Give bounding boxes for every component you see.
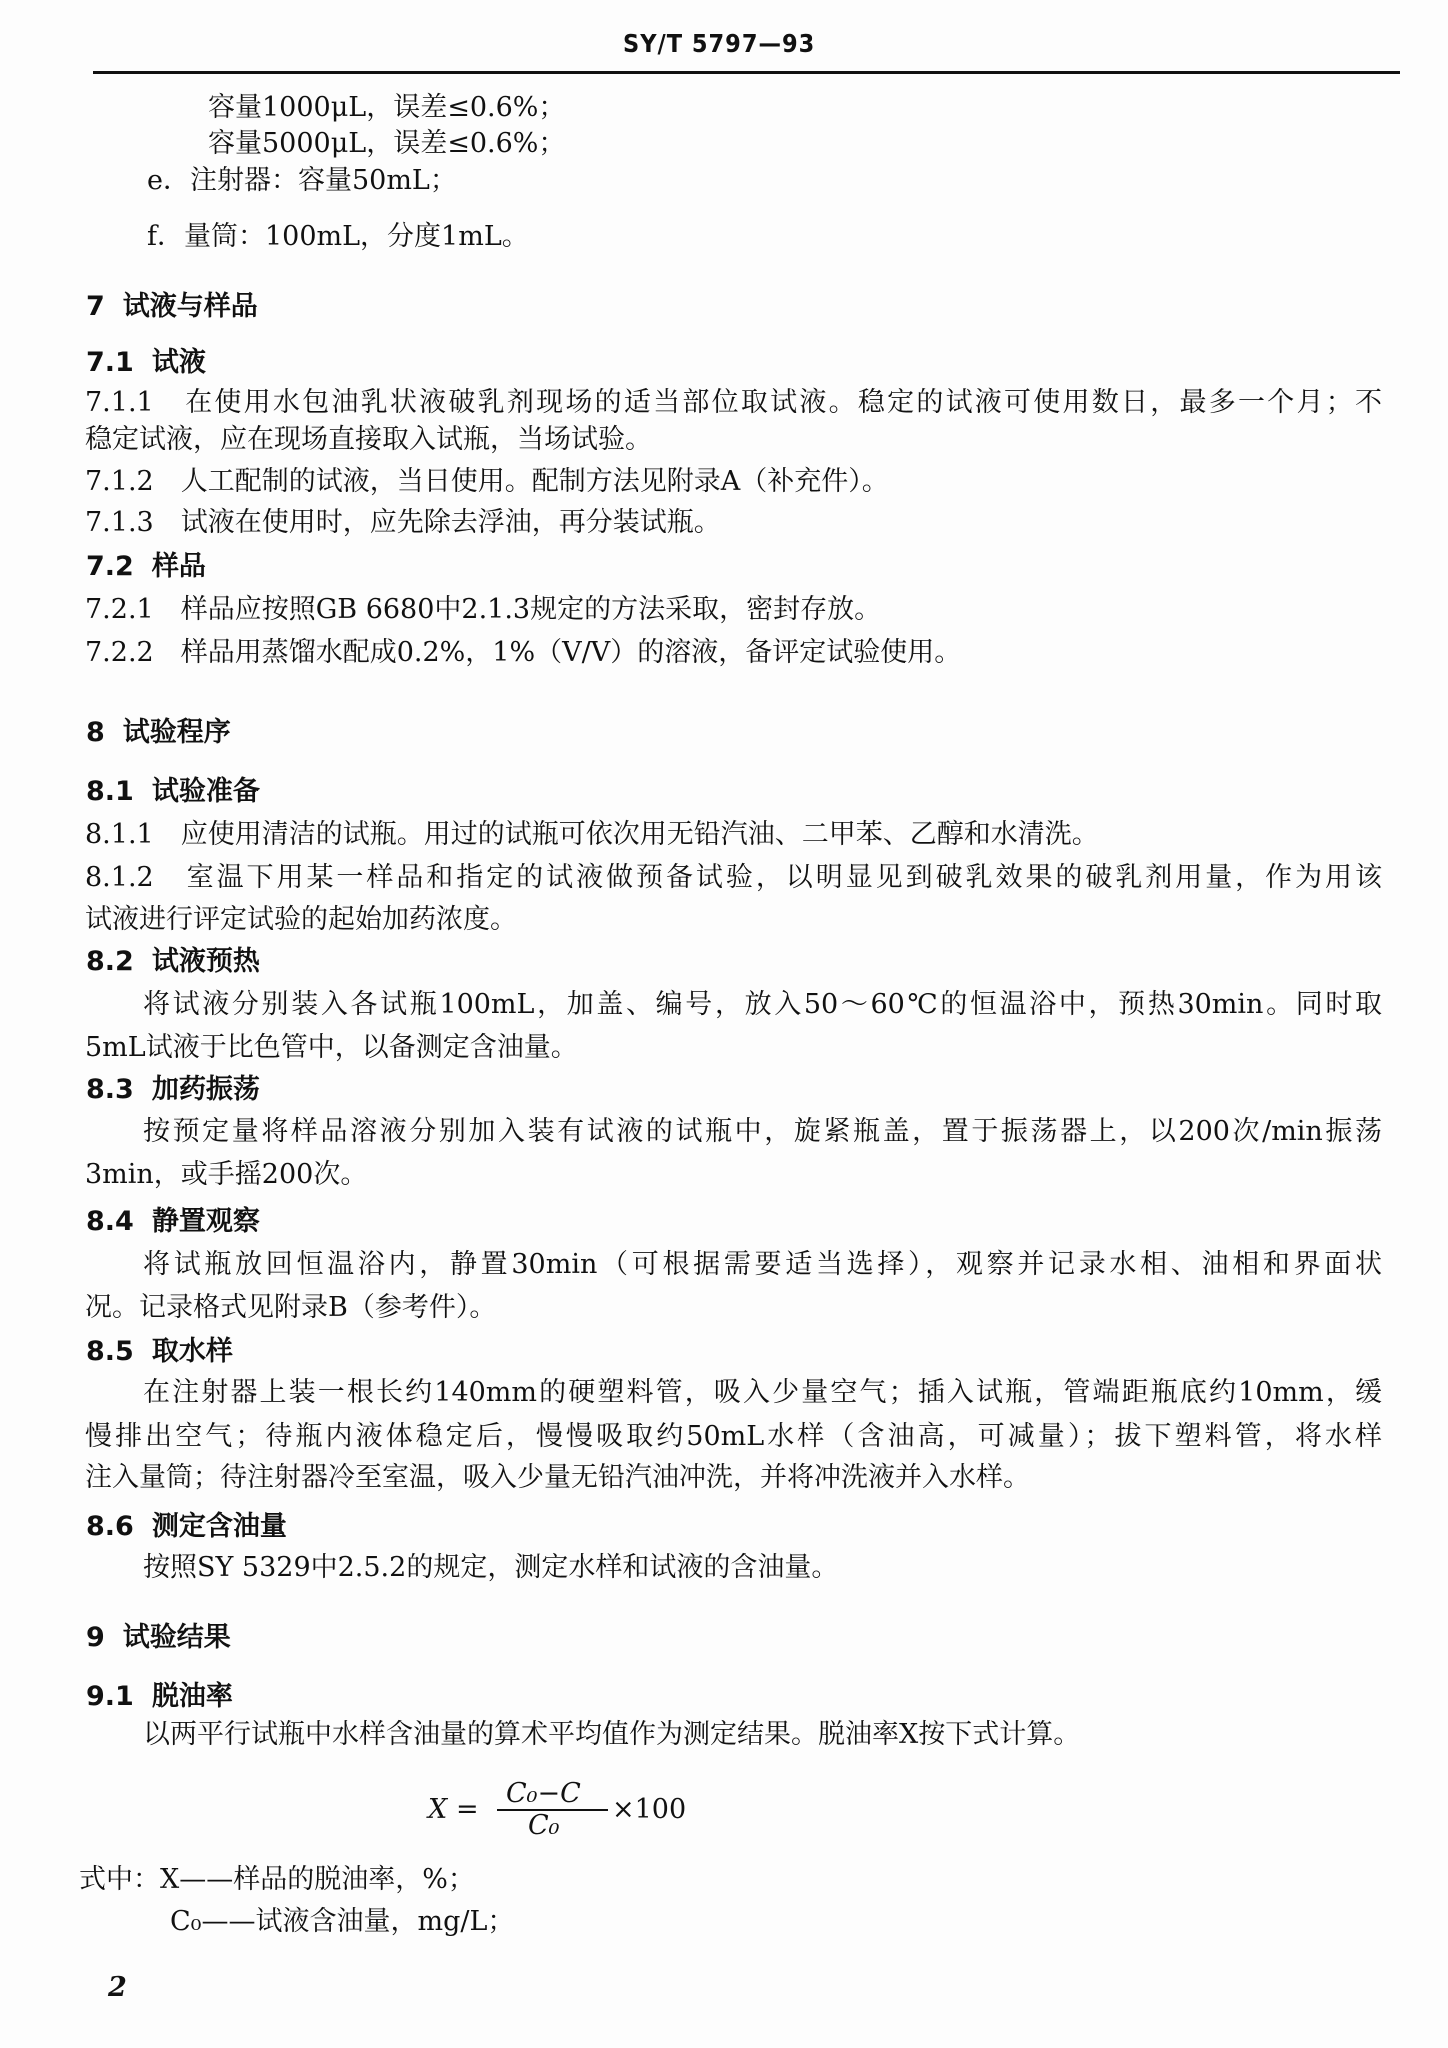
clause-8-6-line-1: 按照SY 5329中2.5.2的规定，测定水样和试液的含油量。 [143, 1552, 838, 1584]
section-8-4-heading: 8.4静置观察 [86, 1206, 260, 1238]
clause-7-2-2: 7.2.2 样品用蒸馏水配成0.2%，1%（V/V）的溶液，备评定试验使用。 [85, 637, 961, 669]
section-number: 8 [86, 717, 105, 748]
section-title: 静置观察 [152, 1206, 260, 1237]
section-number: 7.1 [86, 347, 134, 378]
section-number: 8.4 [86, 1206, 134, 1237]
section-number: 7 [86, 291, 105, 322]
clause-7-2-1: 7.2.1 样品应按照GB 6680中2.1.3规定的方法采取，密封存放。 [85, 594, 881, 626]
where-line-x: 式中：X——样品的脱油率，%； [79, 1864, 475, 1896]
section-number: 8.5 [86, 1336, 134, 1367]
clause-7-1-2: 7.1.2 人工配制的试液，当日使用。配制方法见附录A（补充件）。 [85, 466, 889, 498]
section-title: 试液预热 [152, 946, 260, 977]
clause-7-1-1-line-2: 稳定试液，应在现场直接取入试瓶，当场试验。 [85, 424, 652, 456]
section-number: 9 [86, 1622, 105, 1653]
formula-numerator: C₀−C [506, 1778, 581, 1809]
section-7-2-heading: 7.2样品 [86, 551, 206, 583]
section-title: 加药振荡 [152, 1074, 260, 1105]
section-8-2-heading: 8.2试液预热 [86, 946, 260, 978]
equipment-line-5000ul: 容量5000μL，误差≤0.6%； [208, 128, 565, 160]
clause-8-1-1: 8.1.1 应使用清洁的试瓶。用过的试瓶可依次用无铅汽油、二甲苯、乙醇和水清洗。 [85, 819, 1099, 851]
section-number: 7.2 [86, 551, 134, 582]
deoiling-rate-formula: X = C₀−C C₀ ×100 [428, 1780, 688, 1842]
section-8-5-heading: 8.5取水样 [86, 1336, 233, 1368]
standard-code-header: SY/T 5797—93 [623, 30, 829, 58]
equipment-line-1000ul: 容量1000μL，误差≤0.6%； [208, 92, 565, 124]
section-number: 8.2 [86, 946, 134, 977]
section-number: 8.3 [86, 1074, 134, 1105]
section-8-6-heading: 8.6测定含油量 [86, 1511, 287, 1543]
page-number: 2 [108, 1972, 127, 2003]
clause-8-5-line-2: 慢排出空气；待瓶内液体稳定后，慢慢吸取约50mL水样（含油高，可减量）；拔下塑料… [85, 1421, 1382, 1453]
equipment-item-f: f．量筒：100mL，分度1mL。 [147, 221, 529, 253]
section-title: 试验准备 [152, 776, 260, 807]
section-9-heading: 9试验结果 [86, 1622, 231, 1654]
section-8-1-heading: 8.1试验准备 [86, 776, 260, 808]
section-title: 脱油率 [152, 1681, 233, 1712]
clause-8-5-line-3: 注入量筒；待注射器冷至室温，吸入少量无铅汽油冲洗，并将冲洗液并入水样。 [85, 1462, 1030, 1494]
clause-8-3-line-2: 3min，或手摇200次。 [85, 1159, 367, 1191]
clause-8-3-line-1: 按预定量将样品溶液分别加入装有试液的试瓶中，旋紧瓶盖，置于振荡器上，以200次/… [143, 1116, 1382, 1148]
clause-8-2-line-1: 将试液分别装入各试瓶100mL，加盖、编号，放入50～60℃的恒温浴中，预热30… [143, 989, 1382, 1021]
section-title: 试验结果 [123, 1622, 231, 1653]
section-7-1-heading: 7.1试液 [86, 347, 206, 379]
header-rule [93, 71, 1400, 74]
section-title: 试验程序 [123, 717, 231, 748]
clause-8-1-2-line-1: 8.1.2 室温下用某一样品和指定的试液做预备试验，以明显见到破乳效果的破乳剂用… [85, 862, 1382, 894]
clause-8-4-line-1: 将试瓶放回恒温浴内，静置30min（可根据需要适当选择），观察并记录水相、油相和… [143, 1249, 1382, 1281]
section-7-heading: 7试液与样品 [86, 291, 258, 323]
where-line-c0: C₀——试液含油量，mg/L； [170, 1906, 514, 1938]
formula-lhs: X [428, 1794, 447, 1825]
formula-equals: = [456, 1794, 479, 1825]
formula-denominator: C₀ [528, 1810, 559, 1841]
clause-8-5-line-1: 在注射器上装一根长约140mm的硬塑料管，吸入少量空气；插入试瓶，管端距瓶底约1… [143, 1377, 1382, 1409]
clause-8-4-line-2: 况。记录格式见附录B（参考件）。 [85, 1292, 496, 1324]
section-8-heading: 8试验程序 [86, 717, 231, 749]
section-number: 8.6 [86, 1511, 134, 1542]
clause-7-1-3: 7.1.3 试液在使用时，应先除去浮油，再分装试瓶。 [85, 507, 721, 539]
section-number: 8.1 [86, 776, 134, 807]
section-8-3-heading: 8.3加药振荡 [86, 1074, 260, 1106]
clause-8-2-line-2: 5mL试液于比色管中，以备测定含油量。 [85, 1032, 578, 1064]
section-title: 样品 [152, 551, 206, 582]
document-page: SY/T 5797—93 容量1000μL，误差≤0.6%； 容量5000μL，… [0, 0, 1448, 2048]
section-title: 试液与样品 [123, 291, 258, 322]
formula-multiplier: ×100 [612, 1794, 686, 1825]
section-title: 测定含油量 [152, 1511, 287, 1542]
section-number: 9.1 [86, 1681, 134, 1712]
equipment-item-e: e．注射器：容量50mL； [147, 165, 457, 197]
section-title: 取水样 [152, 1336, 233, 1367]
clause-8-1-2-line-2: 试液进行评定试验的起始加药浓度。 [85, 904, 517, 936]
clause-7-1-1-line-1: 7.1.1 在使用水包油乳状液破乳剂现场的适当部位取试液。稳定的试液可使用数日，… [85, 387, 1382, 419]
section-9-1-heading: 9.1脱油率 [86, 1681, 233, 1713]
clause-9-1-line-1: 以两平行试瓶中水样含油量的算术平均值作为测定结果。脱油率X按下式计算。 [143, 1719, 1080, 1751]
section-title: 试液 [152, 347, 206, 378]
